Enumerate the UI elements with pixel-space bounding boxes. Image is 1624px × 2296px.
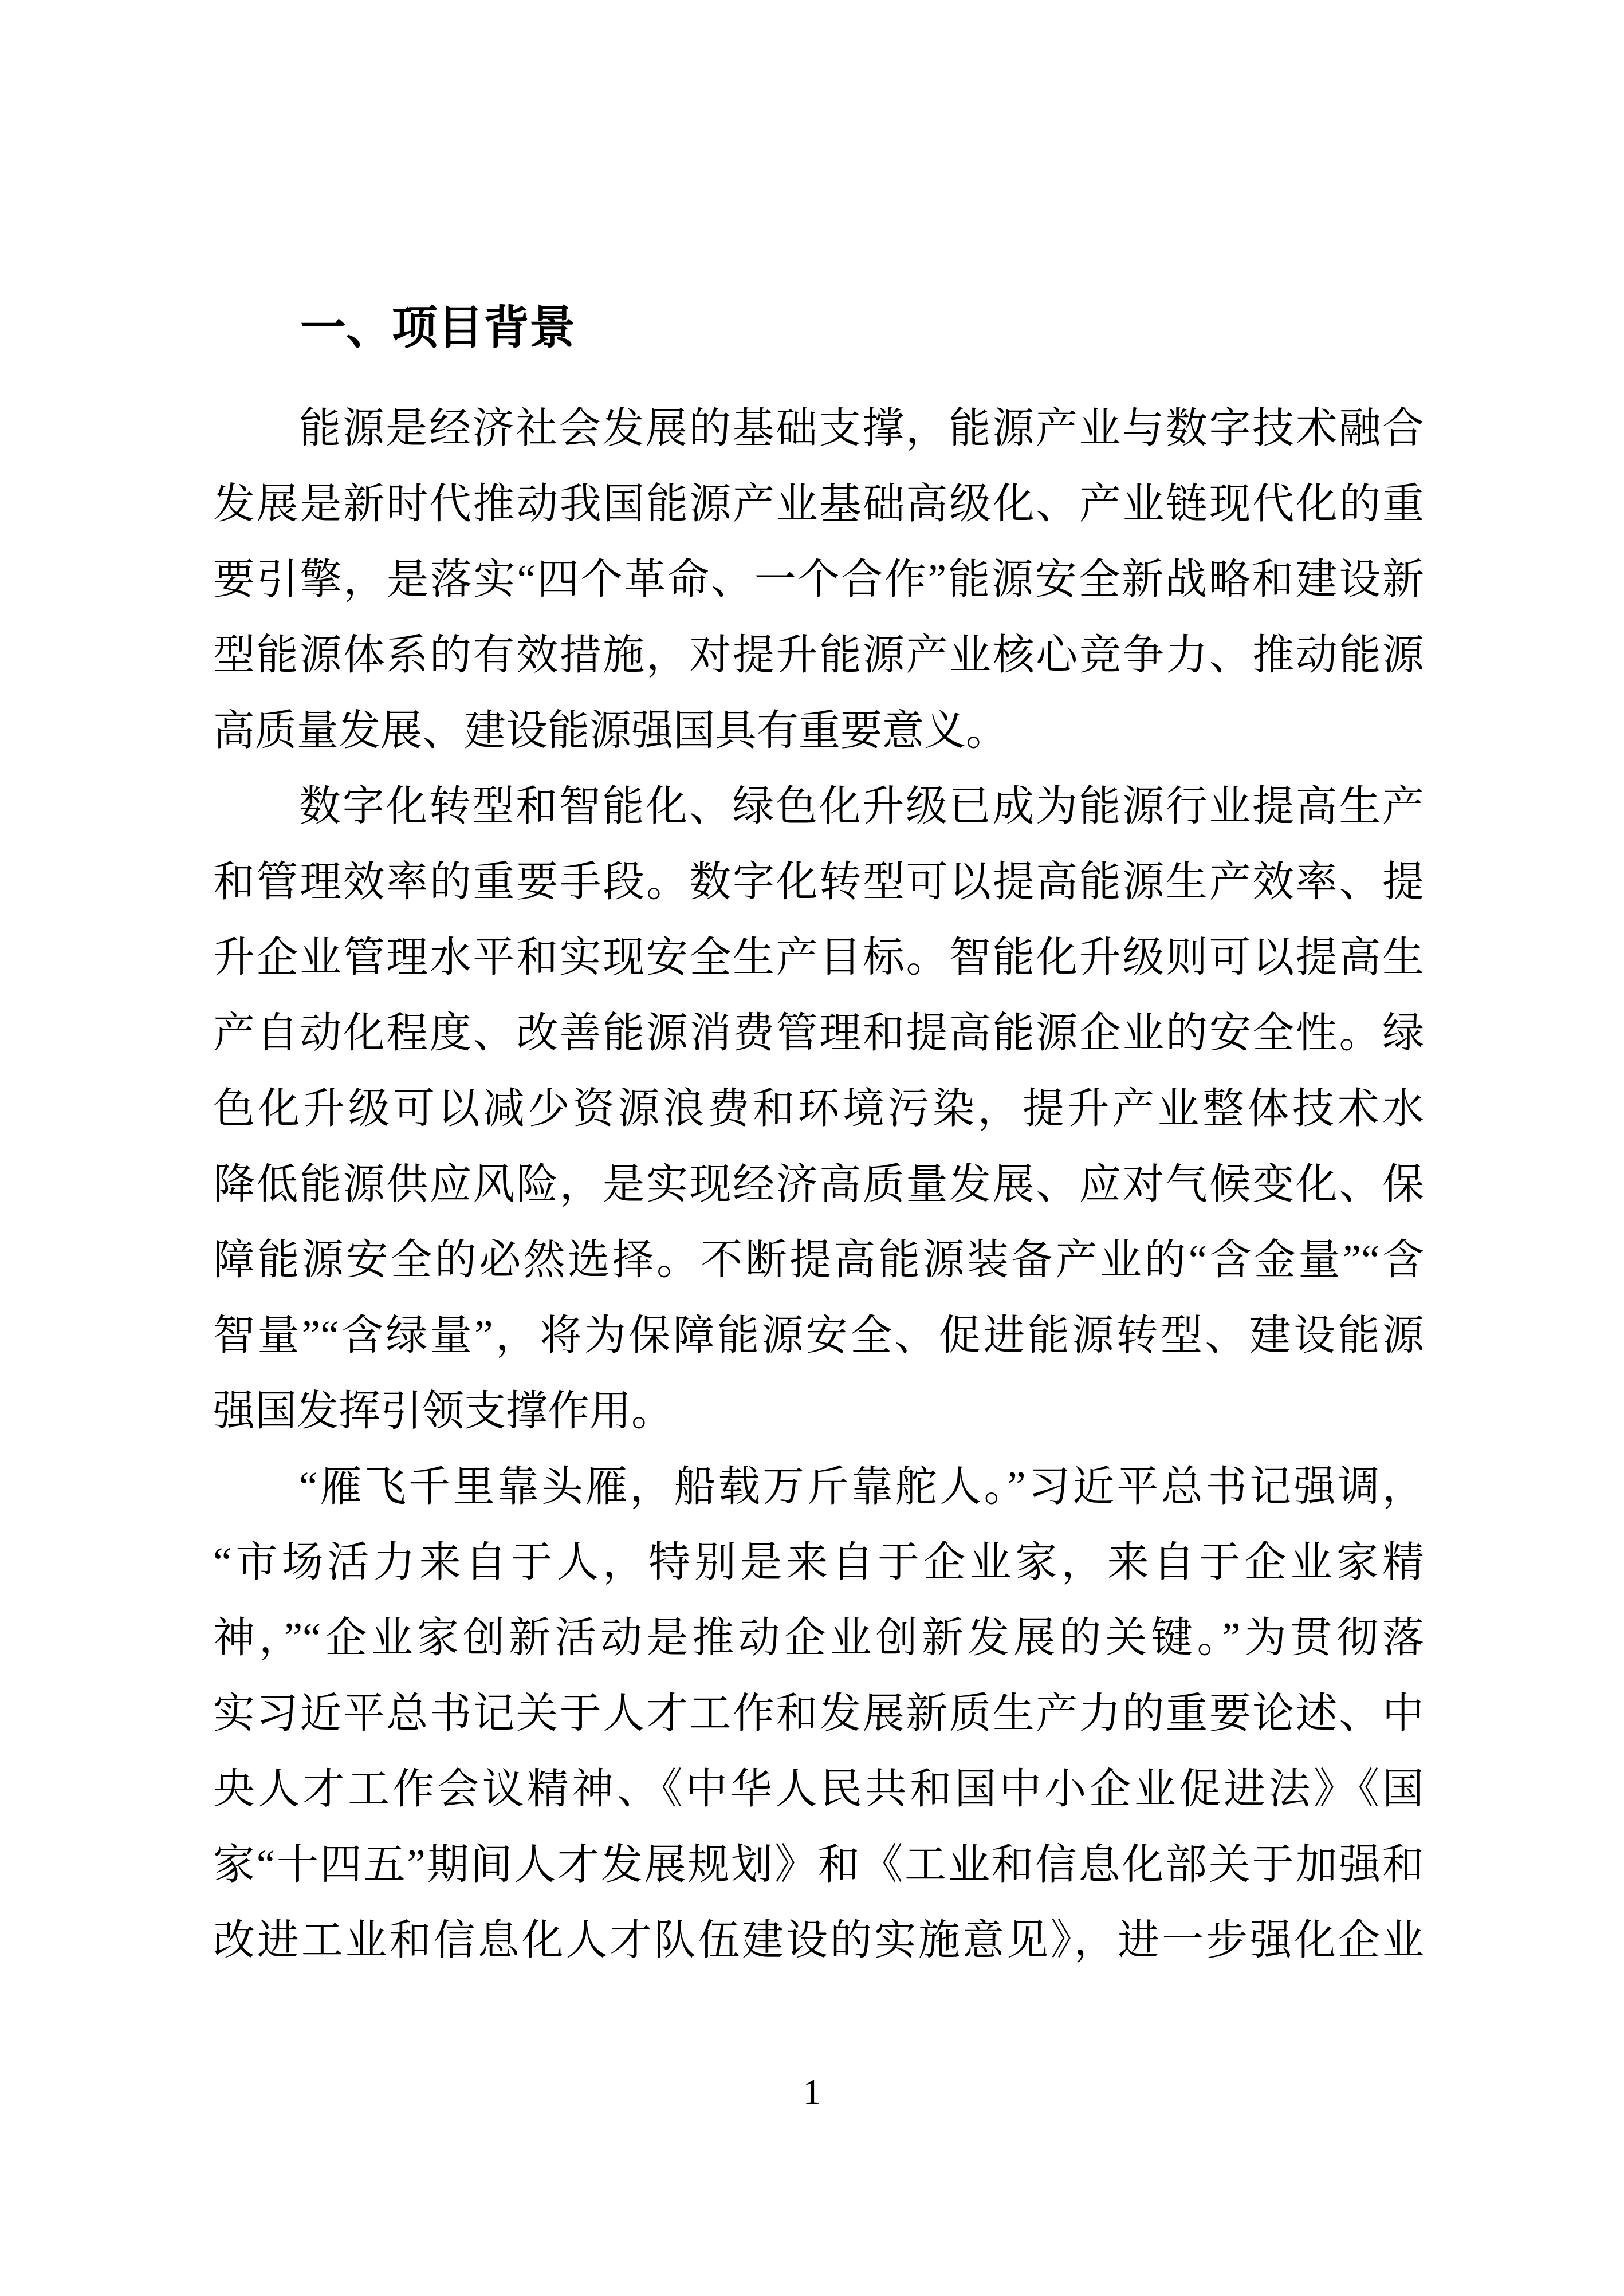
page-number: 1 <box>0 2066 1624 2118</box>
text-line: 强国发挥引领支撑作用。 <box>213 1373 1424 1449</box>
text-line: 降低能源供应风险，是实现经济高质量发展、应对气候变化、保 <box>213 1147 1424 1222</box>
text-line: 障能源安全的必然选择。不断提高能源装备产业的“含金量”“含 <box>213 1222 1424 1298</box>
text-line: 升企业管理水平和实现安全生产目标。智能化升级则可以提高生 <box>213 920 1424 995</box>
document-body: 能源是经济社会发展的基础支撑，能源产业与数字技术融合发展是新时代推动我国能源产业… <box>213 391 1424 1978</box>
section-heading: 一、项目背景 <box>213 298 1424 391</box>
text-line: “市场活力来自于人，特别是来自于企业家，来自于企业家精 <box>213 1525 1424 1600</box>
text-line: 型能源体系的有效措施，对提升能源产业核心竞争力、推动能源 <box>213 617 1424 693</box>
text-line: 央人才工作会议精神、《中华人民共和国中小企业促进法》《国 <box>213 1751 1424 1827</box>
text-line: 实习近平总书记关于人才工作和发展新质生产力的重要论述、中 <box>213 1676 1424 1751</box>
text-line: 色化升级可以减少资源浪费和环境污染，提升产业整体技术水平， <box>213 1071 1424 1147</box>
text-line: 智量”“含绿量”，将为保障能源安全、促进能源转型、建设能源 <box>213 1298 1424 1373</box>
text-line: 改进工业和信息化人才队伍建设的实施意见》，进一步强化企业 <box>213 1903 1424 1978</box>
text-line: “雁飞千里靠头雁，船载万斤靠舵人。”习近平总书记强调， <box>213 1449 1424 1525</box>
text-line: 产自动化程度、改善能源消费管理和提高能源企业的安全性。绿 <box>213 995 1424 1071</box>
text-line: 能源是经济社会发展的基础支撑，能源产业与数字技术融合 <box>213 391 1424 466</box>
text-line: 神，”“企业家创新活动是推动企业创新发展的关键。”为贯彻落 <box>213 1600 1424 1676</box>
text-line: 发展是新时代推动我国能源产业基础高级化、产业链现代化的重 <box>213 466 1424 542</box>
document-page: 一、项目背景 能源是经济社会发展的基础支撑，能源产业与数字技术融合发展是新时代推… <box>0 0 1624 2296</box>
text-line: 数字化转型和智能化、绿色化升级已成为能源行业提高生产 <box>213 769 1424 844</box>
text-line: 家“十四五”期间人才发展规划》和《工业和信息化部关于加强和 <box>213 1827 1424 1903</box>
text-line: 高质量发展、建设能源强国具有重要意义。 <box>213 693 1424 769</box>
document-content: 一、项目背景 能源是经济社会发展的基础支撑，能源产业与数字技术融合发展是新时代推… <box>213 298 1424 1978</box>
text-line: 和管理效率的重要手段。数字化转型可以提高能源生产效率、提 <box>213 844 1424 920</box>
text-line: 要引擎，是落实“四个革命、一个合作”能源安全新战略和建设新 <box>213 542 1424 617</box>
